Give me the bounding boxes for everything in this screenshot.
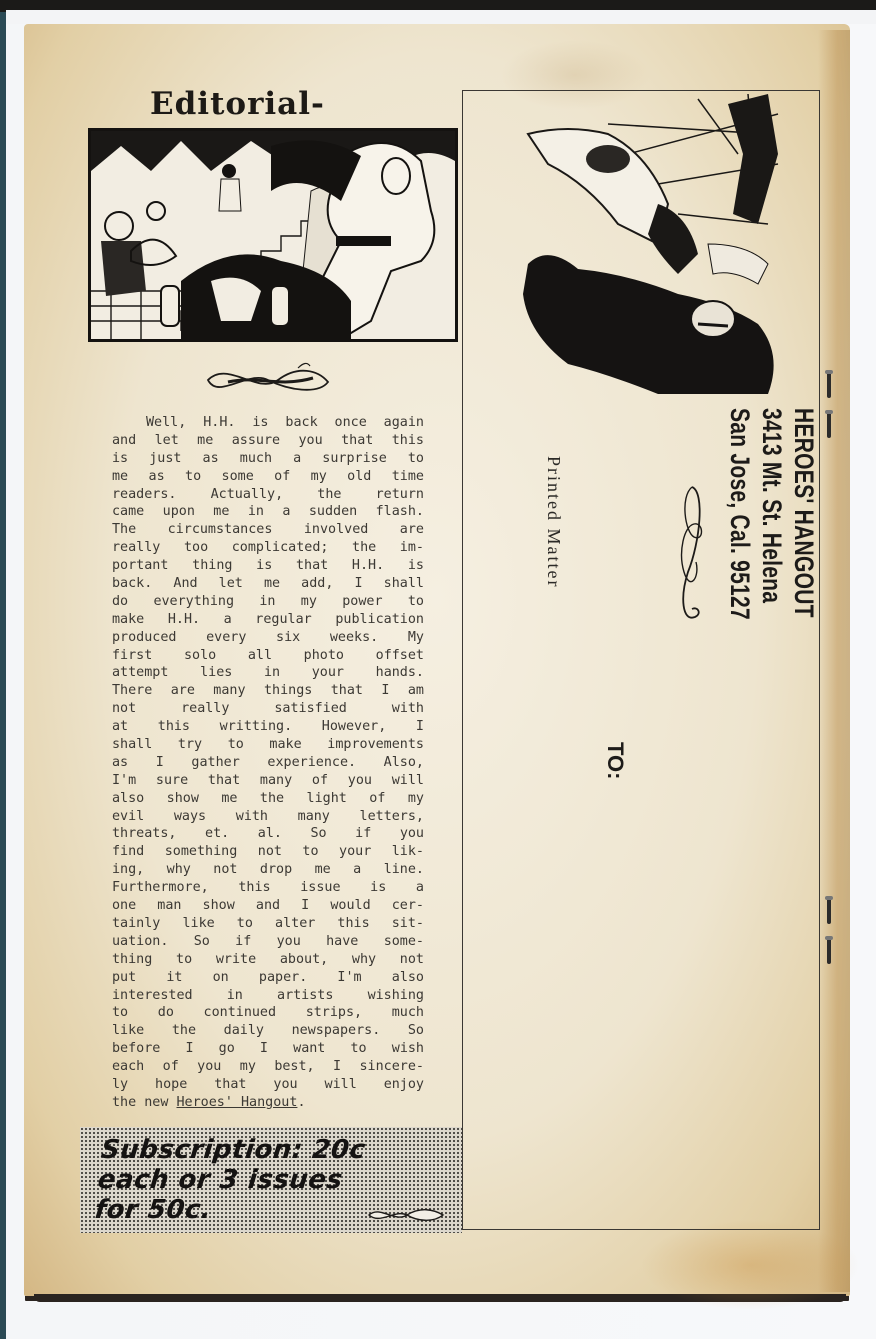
return-address: HEROES' HANGOUT 3413 Mt. St. Helena San … bbox=[720, 408, 820, 698]
superhero-illustration bbox=[88, 128, 458, 342]
editorial-line: put it on paper. I'm also bbox=[112, 969, 424, 987]
flourish-ornament-icon bbox=[198, 360, 338, 400]
editorial-line: also show me the light of my bbox=[112, 790, 424, 808]
editorial-line: thing to write about, why not bbox=[112, 951, 424, 969]
page-spine bbox=[818, 30, 850, 1292]
editorial-line: is just as much a surprise to bbox=[112, 450, 424, 468]
staple-icon bbox=[827, 412, 831, 438]
editorial-line: The circumstances involved are bbox=[112, 521, 424, 539]
small-flourish-icon bbox=[365, 1203, 447, 1227]
editorial-line: shall try to make improvements bbox=[112, 736, 424, 754]
editorial-line: ing, why not drop me a line. bbox=[112, 861, 424, 879]
editorial-line: There are many things that I am bbox=[112, 682, 424, 700]
editorial-line: find something not to your lik- bbox=[112, 843, 424, 861]
editorial-line: really too complicated; the im- bbox=[112, 539, 424, 557]
editorial-line: first solo all photo offset bbox=[112, 647, 424, 665]
editorial-line: before I go I want to wish bbox=[112, 1040, 424, 1058]
editorial-line: evil ways with many letters, bbox=[112, 808, 424, 826]
staple-icon bbox=[827, 938, 831, 964]
editorial-line: one man show and I would cer- bbox=[112, 897, 424, 915]
editorial-line: interested in artists wishing bbox=[112, 987, 424, 1005]
city-state-zip: San Jose, Cal. 95127 bbox=[724, 408, 756, 634]
staple-icon bbox=[827, 372, 831, 398]
editorial-line: to do continued strips, much bbox=[112, 1004, 424, 1022]
editorial-line: each of you my best, I sincere- bbox=[112, 1058, 424, 1076]
editorial-line: came upon me in a sudden flash. bbox=[112, 503, 424, 521]
page-edge-shadow bbox=[34, 1294, 846, 1302]
editorial-line: Furthermore, this issue is a bbox=[112, 879, 424, 897]
editorial-line: Well, H.H. is back once again bbox=[112, 414, 424, 432]
editorial-line: portant thing is that H.H. is bbox=[112, 557, 424, 575]
editorial-line: not really satisfied with bbox=[112, 700, 424, 718]
subscription-text: Subscription: 20c each or 3 issues for 5… bbox=[93, 1135, 367, 1225]
editorial-title: Editorial- bbox=[150, 86, 325, 122]
editorial-body: Well, H.H. is back once againand let me … bbox=[112, 414, 424, 1112]
editorial-line: produced every six weeks. My bbox=[112, 629, 424, 647]
editorial-line: threats, et. al. So if you bbox=[112, 825, 424, 843]
editorial-line: and let me assure you that this bbox=[112, 432, 424, 450]
editorial-line: I'm sure that many of you will bbox=[112, 772, 424, 790]
scan-background bbox=[6, 10, 876, 24]
vertical-flourish-icon bbox=[670, 482, 710, 627]
subscription-line: for 50c. bbox=[93, 1195, 360, 1225]
editorial-line: uation. So if you have some- bbox=[112, 933, 424, 951]
editorial-line: attempt lies in your hands. bbox=[112, 664, 424, 682]
editorial-line: readers. Actually, the return bbox=[112, 486, 424, 504]
editorial-line: tainly like to alter this sit- bbox=[112, 915, 424, 933]
editorial-line: do everything in my power to bbox=[112, 593, 424, 611]
editorial-line: ly hope that you will enjoy bbox=[112, 1076, 424, 1094]
editorial-line: me as to some of my old time bbox=[112, 468, 424, 486]
publication-title-underlined: Heroes' Hangout bbox=[177, 1095, 298, 1110]
gorilla-illustration bbox=[508, 94, 788, 404]
editorial-line: make H.H. a regular publication bbox=[112, 611, 424, 629]
subscription-line: Subscription: 20c bbox=[100, 1135, 367, 1165]
street-address: 3413 Mt. St. Helena bbox=[756, 408, 788, 634]
publication-name: HEROES' HANGOUT bbox=[788, 408, 820, 634]
editorial-line: as I gather experience. Also, bbox=[112, 754, 424, 772]
subscription-box: Subscription: 20c each or 3 issues for 5… bbox=[80, 1127, 462, 1233]
editorial-line: at this writting. However, I bbox=[112, 718, 424, 736]
editorial-closing-line: the new Heroes' Hangout. bbox=[112, 1094, 424, 1112]
editorial-line: back. And let me add, I shall bbox=[112, 575, 424, 593]
subscription-line: each or 3 issues bbox=[96, 1165, 363, 1195]
editorial-line: like the daily newspapers. So bbox=[112, 1022, 424, 1040]
staple-icon bbox=[827, 898, 831, 924]
